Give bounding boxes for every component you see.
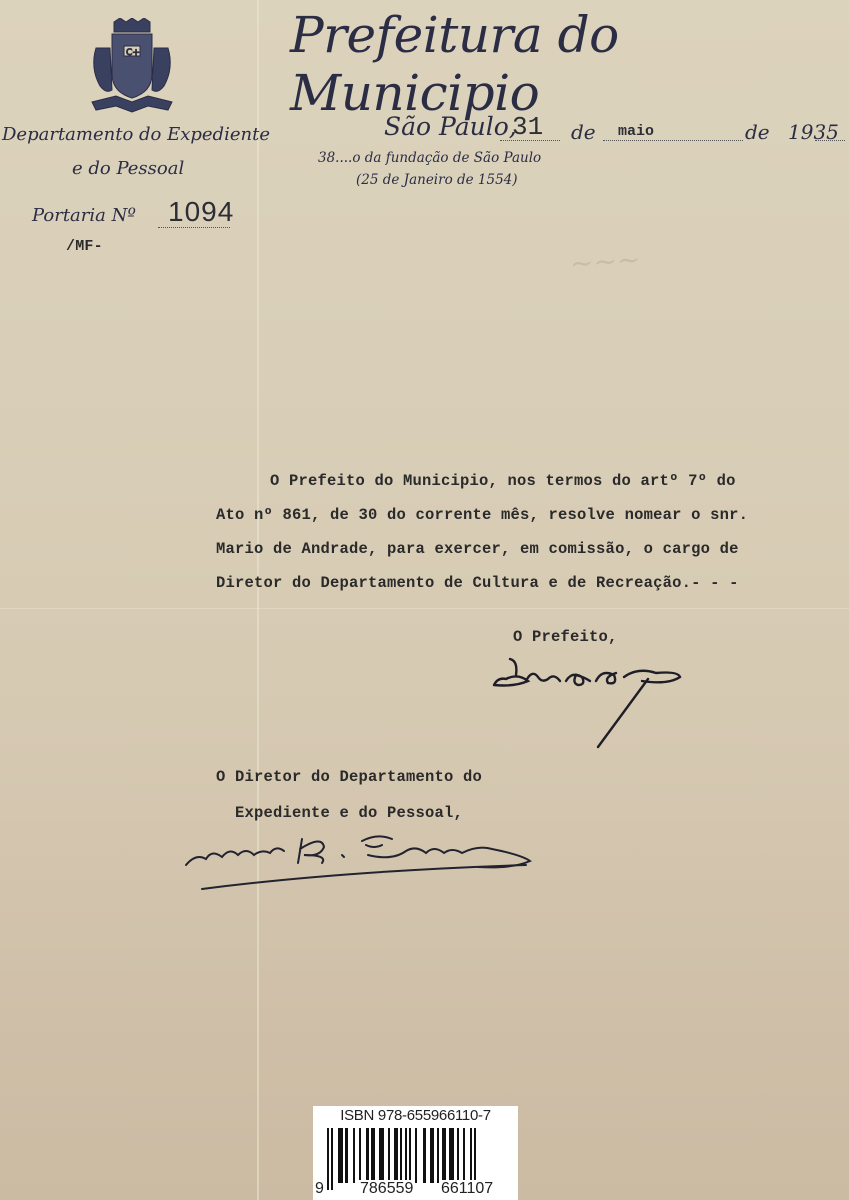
foundation-line1: 38....o da fundação de São Paulo bbox=[318, 150, 541, 166]
faded-stamp: ~~~ bbox=[569, 243, 642, 281]
department-name-line1: Departamento do Expediente bbox=[2, 124, 270, 145]
date-day: 31 bbox=[512, 112, 543, 142]
date-de-1: de bbox=[571, 120, 596, 144]
foundation-line2: (25 de Janeiro de 1554) bbox=[356, 172, 518, 188]
isbn-label: ISBN 978-655966110-7 bbox=[313, 1107, 518, 1124]
letterhead-title: Prefeitura do Municipio bbox=[290, 6, 849, 122]
date-year: 1935 bbox=[788, 120, 839, 144]
date-de-2: de bbox=[745, 120, 770, 144]
paper-fold-vertical bbox=[257, 0, 259, 1200]
body-line-1: O Prefeito do Municipio, nos termos do a… bbox=[270, 472, 736, 490]
portaria-number: 1094 bbox=[168, 196, 234, 228]
prefeito-signature-icon bbox=[488, 655, 698, 750]
body-line-3: Mario de Andrade, para exercer, em comis… bbox=[216, 540, 739, 558]
paper-fold-horizontal bbox=[0, 608, 849, 609]
isbn-digits-left: 786559 bbox=[358, 1180, 415, 1198]
director-signature-icon bbox=[182, 825, 542, 895]
reference-code: /MF- bbox=[66, 238, 103, 255]
isbn-digit-first: 9 bbox=[315, 1180, 324, 1198]
coat-of-arms-icon: C+ bbox=[86, 18, 178, 114]
date-dots-month bbox=[603, 140, 743, 141]
date-month: maio bbox=[618, 123, 654, 140]
department-name-line2: e do Pessoal bbox=[72, 158, 184, 179]
barcode-bars bbox=[327, 1128, 513, 1188]
director-label-line2: Expediente e do Pessoal, bbox=[235, 804, 463, 822]
svg-text:C+: C+ bbox=[126, 48, 140, 58]
isbn-digits-right: 661107 bbox=[439, 1180, 495, 1198]
prefeito-label: O Prefeito, bbox=[513, 628, 618, 646]
portaria-label: Portaria Nº bbox=[32, 205, 136, 226]
director-label-line1: O Diretor do Departamento do bbox=[216, 768, 482, 786]
body-line-2: Ato nº 861, de 30 do corrente mês, resol… bbox=[216, 506, 748, 524]
date-city: São Paulo, bbox=[384, 112, 517, 141]
isbn-barcode: ISBN 978-655966110-7 bbox=[313, 1106, 518, 1200]
body-line-4: Diretor do Departamento de Cultura e de … bbox=[216, 574, 739, 592]
